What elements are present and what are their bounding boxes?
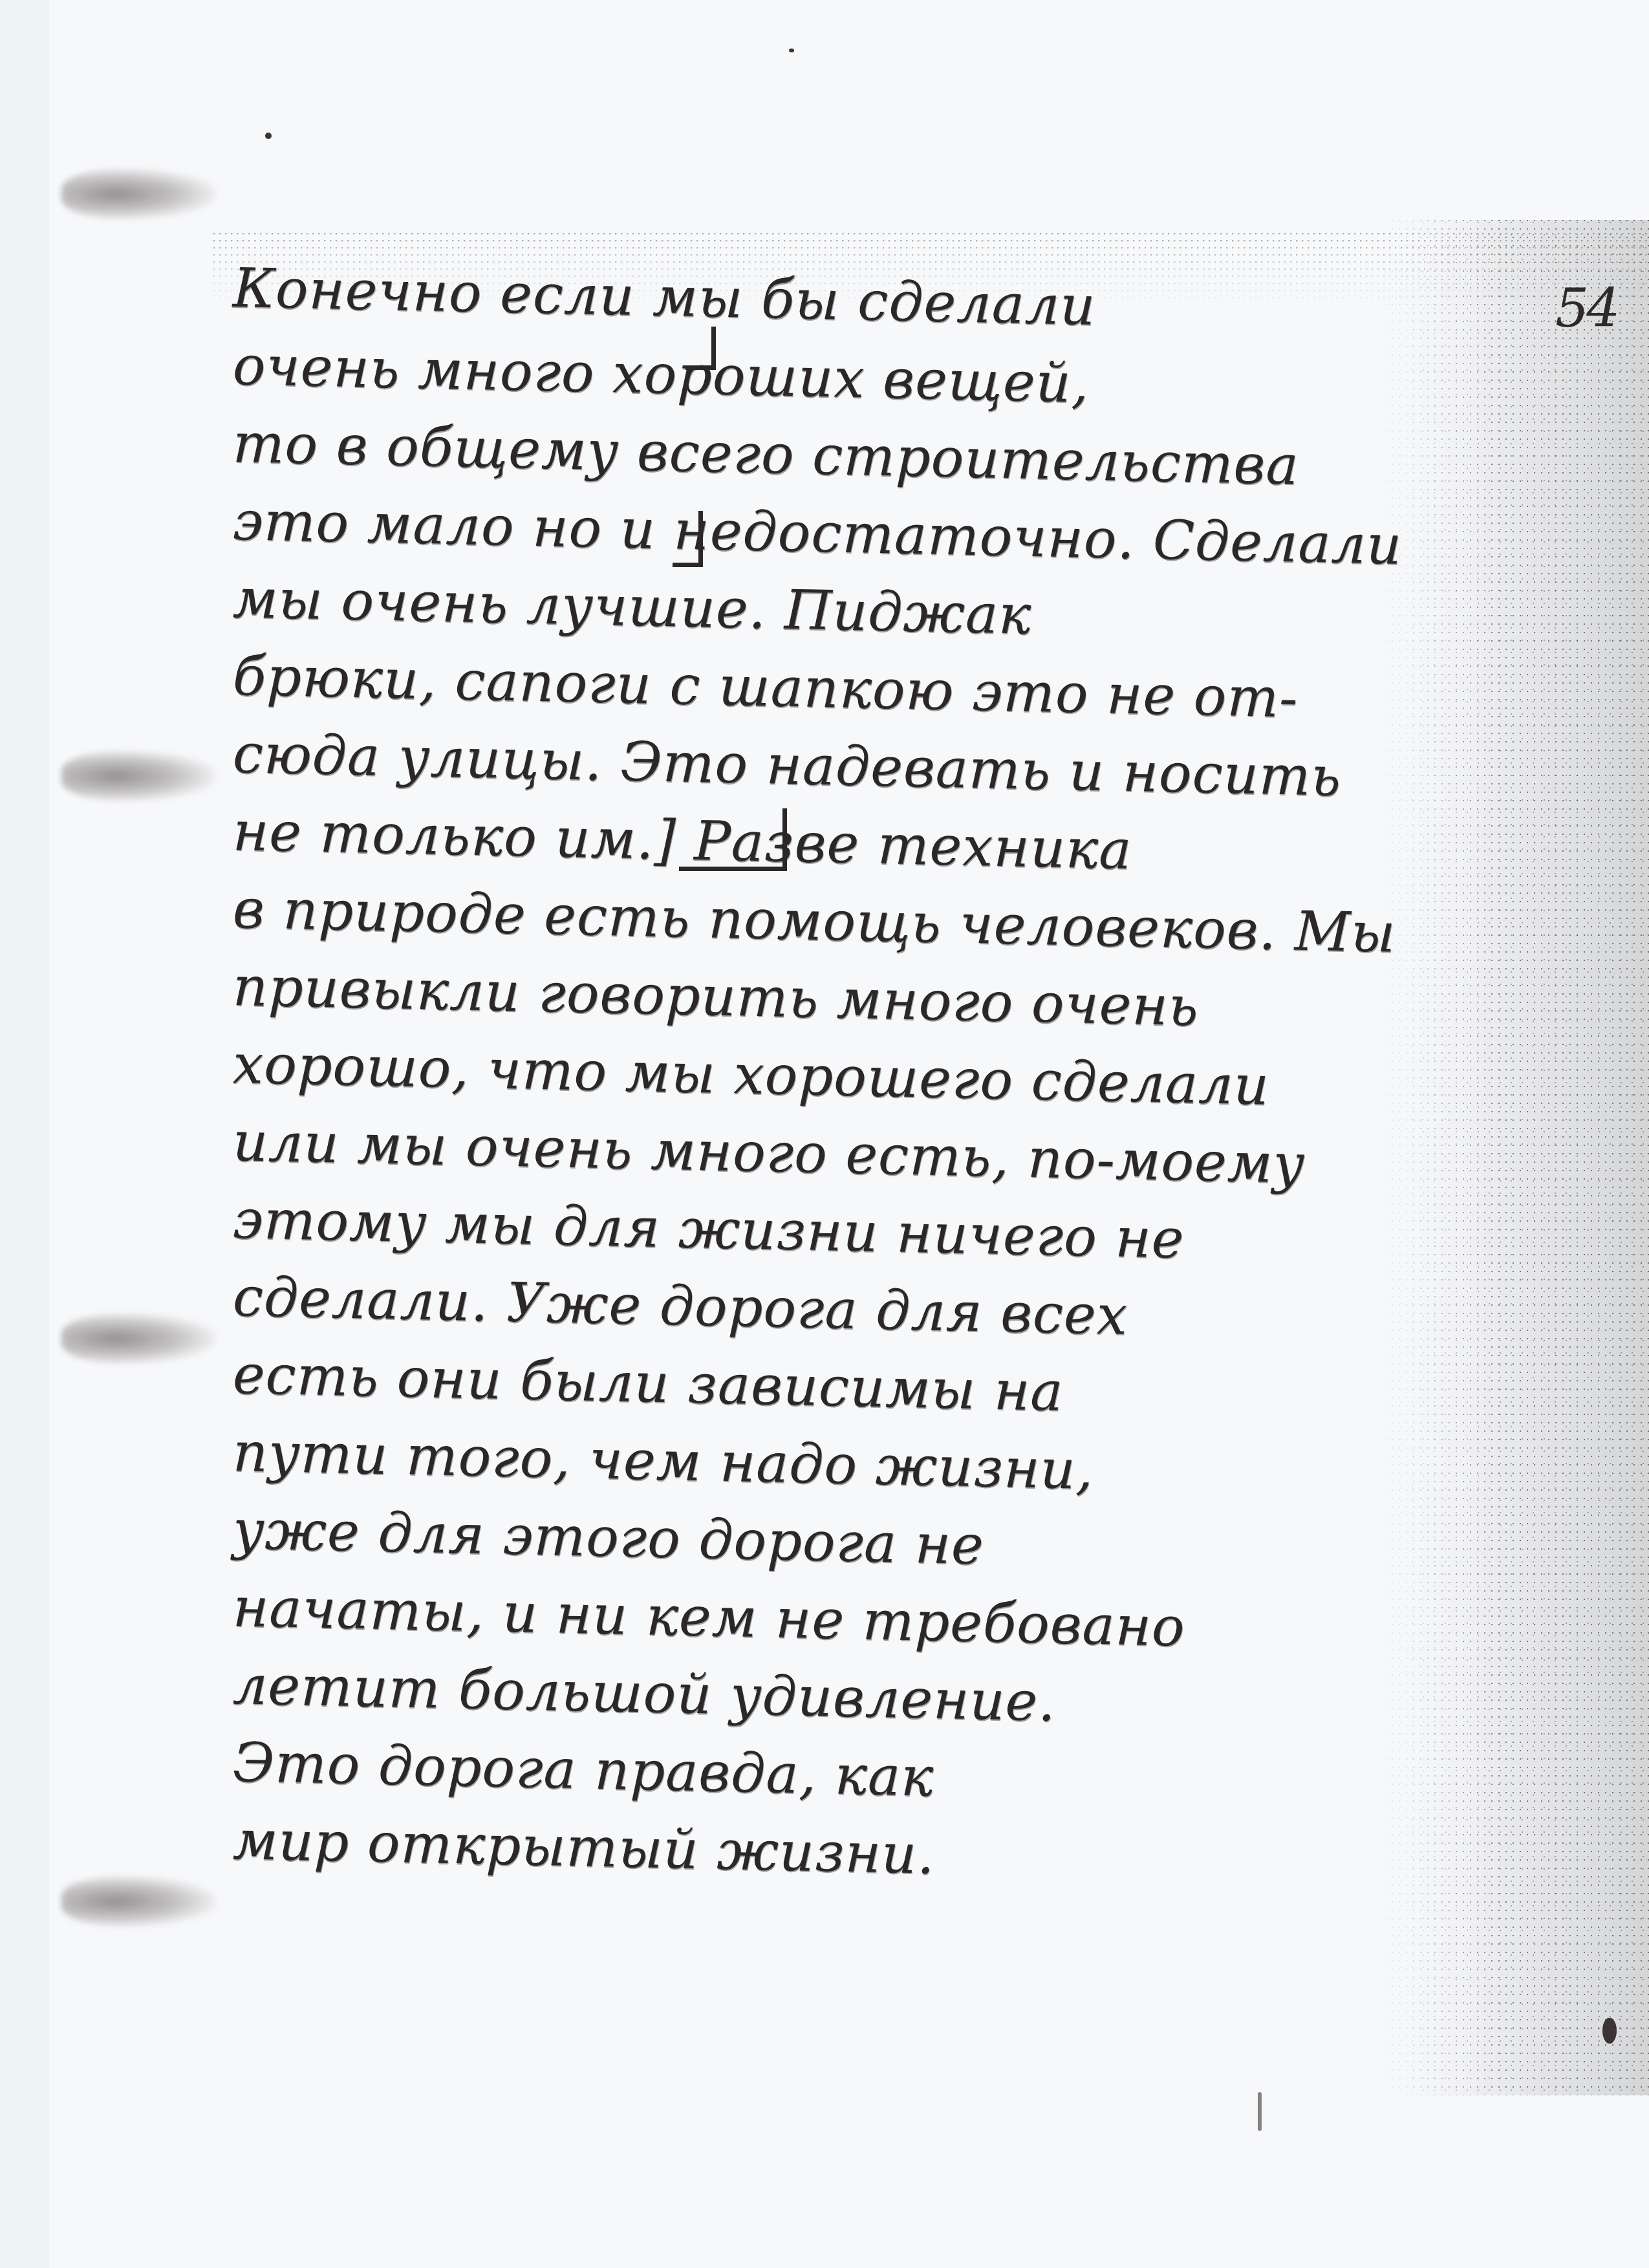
toner-speck bbox=[789, 49, 794, 52]
insertion-bracket-mark bbox=[673, 511, 703, 567]
margin-smudge bbox=[61, 1875, 217, 1927]
toner-speck bbox=[1602, 2018, 1617, 2044]
margin-smudge bbox=[61, 168, 217, 220]
insertion-bracket-mark bbox=[679, 808, 787, 871]
toner-speck bbox=[265, 133, 272, 139]
margin-smudge bbox=[61, 750, 217, 802]
insertion-bracket-mark bbox=[685, 327, 716, 370]
margin-smudge bbox=[61, 1313, 217, 1365]
manuscript-body: Конечно если мы бы сделали очень много х… bbox=[233, 249, 1578, 1879]
toner-speck bbox=[1258, 2092, 1262, 2131]
scanner-bed-edge bbox=[0, 0, 49, 2268]
